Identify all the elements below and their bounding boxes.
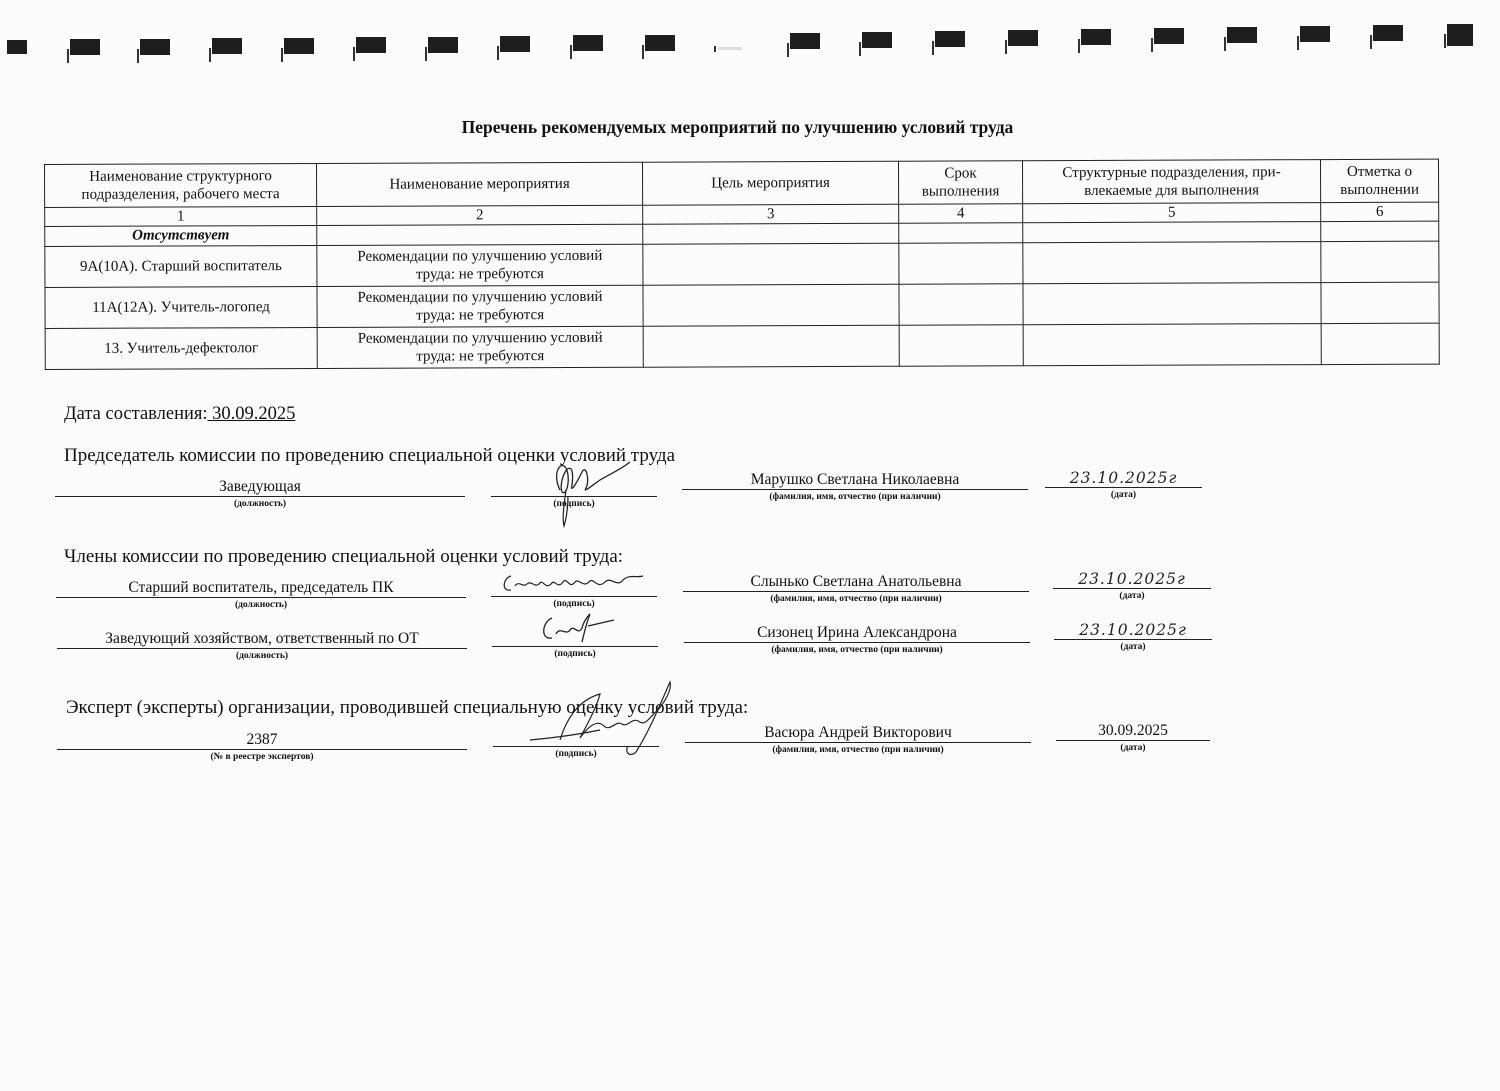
signature-caption: (подпись) bbox=[492, 648, 658, 660]
column-number: 2 bbox=[317, 205, 643, 225]
workplace-cell: 9А(10А). Старший воспитатель bbox=[45, 245, 317, 287]
signature-line bbox=[492, 628, 658, 647]
binder-punch-holes bbox=[0, 0, 1500, 70]
header-line: Цель мероприятия bbox=[647, 174, 894, 193]
member-date: 23.10.2025г bbox=[1054, 621, 1212, 640]
header-line: выполнения bbox=[903, 182, 1018, 200]
punch-hole-icon bbox=[1081, 29, 1111, 45]
punch-hole-icon bbox=[862, 32, 892, 48]
signature-line bbox=[493, 728, 659, 747]
empty-cell bbox=[1023, 222, 1321, 243]
date-compiled: Дата составления: 30.09.2025 bbox=[64, 404, 295, 425]
empty-cell bbox=[899, 223, 1023, 243]
header-line: Структурные подразделения, при- bbox=[1027, 163, 1316, 182]
table-row: 13. Учитель-дефектолог Рекомендации по у… bbox=[45, 323, 1439, 369]
date-caption: (дата) bbox=[1053, 590, 1211, 602]
goal-cell bbox=[643, 243, 899, 285]
completion-mark-cell bbox=[1321, 282, 1439, 323]
measure-line: труда: не требуются bbox=[322, 306, 639, 325]
date-compiled-value: 30.09.2025 bbox=[208, 404, 296, 424]
member-1-date-field: 23.10.2025г (дата) bbox=[1053, 570, 1211, 602]
punch-hole-icon bbox=[140, 39, 170, 55]
measure-line: Рекомендации по улучшению условий bbox=[322, 329, 639, 348]
table-header-row: Наименование структурного подразделения,… bbox=[45, 159, 1439, 207]
punch-hole-icon bbox=[356, 37, 386, 53]
punch-hole-icon bbox=[70, 39, 100, 55]
member-2-signature-field: (подпись) bbox=[492, 628, 658, 660]
workplace-cell: 13. Учитель-дефектолог bbox=[45, 327, 317, 369]
expert-date: 30.09.2025 bbox=[1056, 722, 1210, 741]
date-compiled-label: Дата составления: bbox=[64, 404, 208, 424]
header-line: Наименование структурного bbox=[49, 167, 312, 186]
punch-hole-icon bbox=[1008, 30, 1038, 46]
expert-date-field: 30.09.2025 (дата) bbox=[1056, 722, 1210, 754]
name-caption: (фамилия, имя, отчество (при наличии) bbox=[685, 744, 1031, 756]
punch-hole-icon bbox=[645, 35, 675, 51]
header-completion-mark: Отметка о выполнении bbox=[1320, 159, 1438, 202]
member-1-position-field: Старший воспитатель, председатель ПК (до… bbox=[56, 579, 466, 611]
punch-hole-icon bbox=[500, 36, 530, 52]
chairman-signature-field: (подпись) bbox=[491, 478, 657, 510]
header-measure: Наименование мероприятия bbox=[316, 162, 642, 206]
expert-name: Васюра Андрей Викторович bbox=[685, 724, 1031, 743]
chairman-date: 23.10.2025г bbox=[1045, 469, 1202, 488]
punch-hole-icon bbox=[1154, 28, 1184, 44]
name-caption: (фамилия, имя, отчество (при наличии) bbox=[684, 644, 1030, 656]
chairman-name: Марушко Светлана Николаевна bbox=[682, 471, 1028, 490]
member-position: Заведующий хозяйством, ответственный по … bbox=[57, 630, 467, 649]
header-workplace: Наименование структурного подразделения,… bbox=[45, 163, 317, 207]
goal-cell bbox=[643, 284, 899, 326]
document-title: Перечень рекомендуемых мероприятий по ул… bbox=[0, 117, 1475, 138]
deadline-cell bbox=[899, 284, 1023, 325]
member-2-name-field: Сизонец Ирина Александрона (фамилия, имя… bbox=[684, 624, 1030, 656]
signature-line bbox=[491, 478, 657, 497]
punch-hole-icon bbox=[790, 33, 820, 49]
position-caption: (должность) bbox=[56, 599, 466, 611]
punch-hole-icon bbox=[714, 46, 744, 52]
deadline-cell bbox=[899, 243, 1023, 284]
date-caption: (дата) bbox=[1056, 742, 1210, 754]
member-name: Сизонец Ирина Александрона bbox=[684, 624, 1030, 643]
signature-caption: (подпись) bbox=[493, 748, 659, 760]
chairman-position: Заведующая bbox=[55, 478, 465, 497]
position-caption: (должность) bbox=[57, 650, 467, 662]
signature-caption: (подпись) bbox=[491, 498, 657, 510]
measure-line: труда: не требуются bbox=[322, 347, 639, 366]
expert-signature-field: (подпись) bbox=[493, 728, 659, 760]
goal-cell bbox=[643, 325, 899, 367]
measure-cell: Рекомендации по улучшению условий труда:… bbox=[317, 326, 643, 368]
expert-registry-field: 2387 (№ в реестре экспертов) bbox=[57, 731, 467, 763]
header-line: влекаемые для выполнения bbox=[1027, 181, 1316, 200]
member-2-date-field: 23.10.2025г (дата) bbox=[1054, 621, 1212, 653]
header-line: подразделения, рабочего места bbox=[49, 185, 312, 204]
completion-mark-cell bbox=[1321, 323, 1439, 364]
completion-mark-cell bbox=[1321, 241, 1439, 282]
chairman-heading: Председатель комиссии по проведению спец… bbox=[64, 445, 675, 467]
member-position: Старший воспитатель, председатель ПК bbox=[56, 579, 466, 598]
member-name: Слынько Светлана Анатольевна bbox=[683, 573, 1029, 592]
column-number: 6 bbox=[1321, 202, 1439, 221]
measure-line: Рекомендации по улучшению условий bbox=[321, 288, 638, 307]
punch-hole-icon bbox=[212, 38, 242, 54]
absent-label: Отсутствует bbox=[45, 225, 317, 246]
signature-caption: (подпись) bbox=[491, 598, 657, 610]
deadline-cell bbox=[899, 325, 1023, 366]
date-caption: (дата) bbox=[1054, 641, 1212, 653]
member-date: 23.10.2025г bbox=[1053, 570, 1211, 589]
chairman-name-field: Марушко Светлана Николаевна (фамилия, им… bbox=[682, 471, 1028, 503]
table-row: 11А(12А). Учитель-логопед Рекомендации п… bbox=[45, 282, 1439, 328]
header-goal: Цель мероприятия bbox=[642, 161, 898, 205]
punch-hole-icon bbox=[7, 40, 27, 54]
member-1-name-field: Слынько Светлана Анатольевна (фамилия, и… bbox=[683, 573, 1029, 605]
empty-cell bbox=[317, 224, 643, 245]
punch-hole-icon bbox=[1447, 24, 1473, 46]
measure-cell: Рекомендации по улучшению условий труда:… bbox=[317, 285, 643, 327]
chairman-position-field: Заведующая (должность) bbox=[55, 478, 465, 510]
measures-table: Наименование структурного подразделения,… bbox=[44, 159, 1440, 370]
header-line: Срок bbox=[903, 164, 1018, 182]
member-2-position-field: Заведующий хозяйством, ответственный по … bbox=[57, 630, 467, 662]
punch-hole-icon bbox=[935, 31, 965, 47]
expert-name-field: Васюра Андрей Викторович (фамилия, имя, … bbox=[685, 724, 1031, 756]
departments-cell bbox=[1023, 283, 1321, 325]
empty-cell bbox=[643, 223, 899, 244]
header-line: Отметка о bbox=[1325, 163, 1434, 181]
punch-hole-icon bbox=[1373, 25, 1403, 41]
punch-hole-icon bbox=[1227, 27, 1257, 43]
column-number: 3 bbox=[643, 204, 899, 224]
position-caption: (должность) bbox=[55, 498, 465, 510]
signature-line bbox=[491, 578, 657, 597]
measure-cell: Рекомендации по улучшению условий труда:… bbox=[317, 244, 643, 286]
measure-line: труда: не требуются bbox=[321, 265, 638, 284]
empty-cell bbox=[1321, 221, 1439, 241]
column-number: 5 bbox=[1023, 203, 1321, 223]
column-number: 4 bbox=[899, 204, 1023, 223]
punch-hole-icon bbox=[1300, 26, 1330, 42]
punch-hole-icon bbox=[284, 38, 314, 54]
table-row: 9А(10А). Старший воспитатель Рекомендаци… bbox=[45, 241, 1439, 287]
name-caption: (фамилия, имя, отчество (при наличии) bbox=[682, 491, 1028, 503]
punch-hole-icon bbox=[428, 37, 458, 53]
header-line: Наименование мероприятия bbox=[321, 175, 638, 194]
workplace-cell: 11А(12А). Учитель-логопед bbox=[45, 286, 317, 328]
name-caption: (фамилия, имя, отчество (при наличии) bbox=[683, 593, 1029, 605]
expert-registry-number: 2387 bbox=[57, 731, 467, 750]
date-caption: (дата) bbox=[1045, 489, 1202, 501]
chairman-date-field: 23.10.2025г (дата) bbox=[1045, 469, 1202, 501]
punch-hole-icon bbox=[573, 35, 603, 51]
member-1-signature-field: (подпись) bbox=[491, 578, 657, 610]
measure-line: Рекомендации по улучшению условий bbox=[321, 247, 638, 266]
members-heading: Члены комиссии по проведению специальной… bbox=[64, 546, 623, 568]
column-number: 1 bbox=[45, 206, 317, 226]
expert-heading: Эксперт (эксперты) организации, проводив… bbox=[66, 697, 748, 719]
departments-cell bbox=[1023, 324, 1321, 366]
departments-cell bbox=[1023, 242, 1321, 284]
registry-caption: (№ в реестре экспертов) bbox=[57, 751, 467, 763]
header-line: выполнении bbox=[1325, 181, 1434, 199]
header-departments: Структурные подразделения, при- влекаемы… bbox=[1022, 160, 1320, 204]
header-deadline: Срок выполнения bbox=[898, 161, 1022, 204]
